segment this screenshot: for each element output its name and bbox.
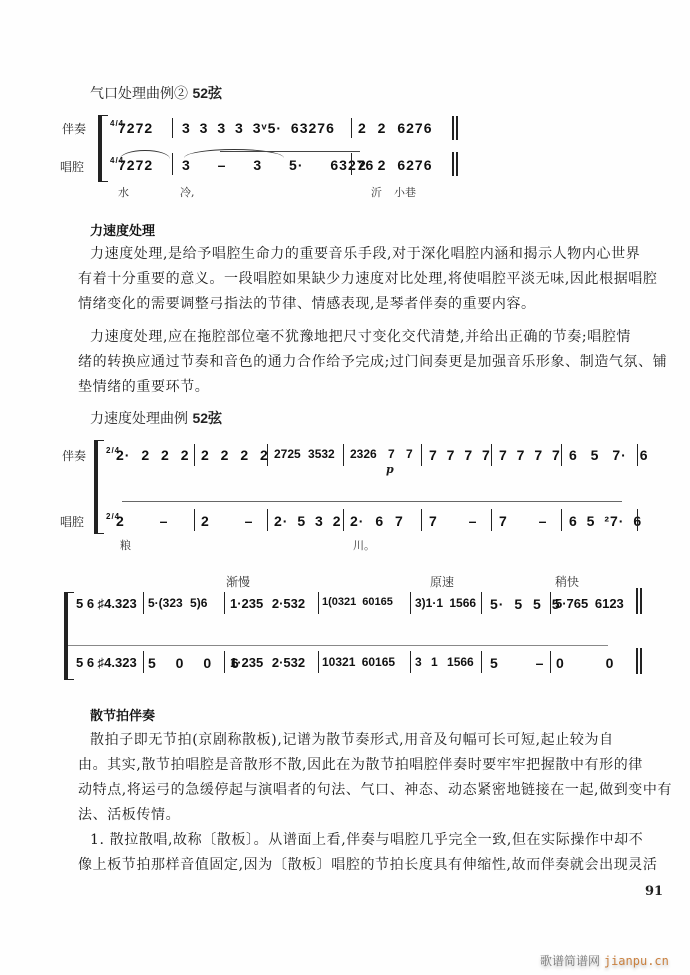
example1-tuning: 52弦 xyxy=(192,85,222,101)
barline xyxy=(351,153,352,175)
watermark-site-name: 歌谱简谱网 xyxy=(540,954,600,968)
tie xyxy=(220,151,360,152)
end-barline xyxy=(452,152,454,176)
ex2-voc-m7: 6 5 ²7· 6 xyxy=(569,513,642,529)
ex1-voc-timesig: 4/4 xyxy=(110,157,118,165)
lyric: 水 xyxy=(118,184,129,200)
barline xyxy=(561,509,562,531)
tie xyxy=(68,645,608,646)
ex2-acc-m3: 2725 3532 xyxy=(274,447,335,461)
ex2-voc-m6: 7 – xyxy=(499,513,547,529)
label-accompaniment-1: 伴奏 xyxy=(62,120,86,137)
ex1-voc-m3: 2 2 6276 xyxy=(358,157,433,173)
paragraph-line: 像上板节拍那样音值固定,因为〔散板〕唱腔的节拍长度具有伸缩性,故而伴奏就会出现灵… xyxy=(78,854,658,874)
barline xyxy=(318,651,319,673)
ex2-s2-acc-m5: 3)1·1 1566 xyxy=(415,596,476,610)
barline xyxy=(550,651,551,673)
paragraph-line: 垫情绪的重要环节。 xyxy=(78,376,209,396)
ex2-voc-m5: 7 – xyxy=(429,513,477,529)
ex2-s2-acc-m4: 1(0321 60165 xyxy=(322,596,393,608)
ex2-acc-timesig: 2/4 xyxy=(106,447,114,455)
barline xyxy=(143,651,144,673)
lyric: 川。 xyxy=(353,537,375,553)
paragraph-line: 情绪变化的需要调整弓指法的节律、情感表现,是琴者伴奏的重要内容。 xyxy=(78,293,536,313)
ex1-voc-m2: 3 – 3 5· 63276 xyxy=(182,157,374,173)
barline xyxy=(491,444,492,466)
barline xyxy=(343,509,344,531)
barline xyxy=(491,509,492,531)
ex2-voc-m4: 2· 6 7 xyxy=(350,513,404,529)
barline xyxy=(267,444,268,466)
tempo-mark-ritardando: 渐慢 xyxy=(226,573,250,590)
example2-title-text: 力速度处理曲例 xyxy=(90,411,188,427)
tie xyxy=(122,501,622,502)
paragraph-line: 散拍子即无节拍(京剧称散板),记谱为散节奏形式,用音及句幅可长可短,起止较为自 xyxy=(90,729,614,749)
barline xyxy=(550,592,551,614)
example1-title: 气口处理曲例② 52弦 xyxy=(90,83,222,103)
system-bracket xyxy=(94,440,104,534)
system-bracket xyxy=(64,592,74,680)
ex2-s2-voc-m5: 3 1 1566 xyxy=(415,655,474,669)
ex2-s2-voc-m3: 1·235 2·532 xyxy=(230,655,305,670)
barline xyxy=(224,651,225,673)
lyric: 冷, xyxy=(180,184,195,200)
end-barline xyxy=(452,116,454,140)
lyric: 小巷 xyxy=(394,184,416,200)
ex2-acc-m5: 7 7 7 7 xyxy=(429,447,491,463)
ex2-s2-voc-m7: 0 0 xyxy=(556,655,614,671)
ex1-acc-m2: 3 3 3 3 3ᵛ5· 63276 xyxy=(182,120,335,136)
ex2-s2-acc-m1: 5 6 ♯4.323 xyxy=(76,596,137,611)
ex2-s2-acc-m7: 5·765 6123 xyxy=(555,596,624,611)
system-bracket xyxy=(98,115,108,182)
paragraph-line: 绪的转换应通过节奏和音色的通力合作给予完成;过门间奏更是加强音乐形象、制造气氛、… xyxy=(78,351,667,371)
barline xyxy=(318,592,319,614)
paragraph-line: 力速度处理,应在拖腔部位毫不犹豫地把尺寸变化交代清楚,并给出正确的节奏;唱腔情 xyxy=(90,326,631,346)
barline xyxy=(561,444,562,466)
end-barline xyxy=(636,588,638,614)
barline xyxy=(194,509,195,531)
barline xyxy=(194,444,195,466)
ex2-acc-m1: 2· 2 2 2 xyxy=(116,447,189,463)
barline xyxy=(421,509,422,531)
barline xyxy=(481,592,482,614)
barline xyxy=(351,118,352,138)
paragraph-line: 法、活板传情。 xyxy=(78,804,180,824)
section-heading-free-rhythm: 散节拍伴奏 xyxy=(90,705,155,724)
tempo-mark-piu-mosso: 稍快 xyxy=(555,573,579,590)
barline xyxy=(410,592,411,614)
label-vocal-2: 唱腔 xyxy=(60,513,84,530)
ex2-voc-m1: 2 – xyxy=(116,513,168,529)
ex1-acc-timesig: 4/4 xyxy=(110,120,118,128)
barline xyxy=(343,444,344,466)
ex1-acc-m1: 7272 xyxy=(118,120,153,136)
barline xyxy=(143,592,144,614)
barline xyxy=(481,651,482,673)
ex1-acc-m3: 2 2 6276 xyxy=(358,120,433,136)
label-accompaniment-2: 伴奏 xyxy=(62,447,86,464)
barline xyxy=(637,509,638,531)
barline xyxy=(172,118,173,138)
ex2-acc-m4: 2326 7 7 xyxy=(350,447,413,461)
barline xyxy=(172,153,173,175)
ex1-voc-m1: 7272 xyxy=(118,157,153,173)
ex2-s2-voc-m1: 5 6 ♯4.323 xyxy=(76,655,137,670)
lyric: 沂 xyxy=(371,184,382,200)
ex2-s2-voc-m4: 10321 60165 xyxy=(322,655,395,669)
lyric: 粮 xyxy=(120,537,131,553)
watermark-url: jianpu.cn xyxy=(604,954,669,968)
watermark: 歌谱简谱网 jianpu.cn xyxy=(540,952,669,969)
paragraph-line: 由。其实,散节拍唱腔是音散形不散,因此在为散节拍唱腔伴奏时要牢牢把握散中有形的律 xyxy=(78,754,643,774)
ex2-s2-voc-m6: 5 – xyxy=(490,655,544,671)
paragraph-line: 有着十分重要的意义。一段唱腔如果缺少力速度对比处理,将使唱腔平淡无味,因此根据唱… xyxy=(78,268,658,288)
ex2-acc-m2: 2 2 2 2 xyxy=(201,447,269,463)
paragraph-line: 动特点,将运弓的急缓停起与演唱者的句法、气口、神态、动态紧密地链接在一起,做到变… xyxy=(78,779,672,799)
ex2-voc-timesig: 2/4 xyxy=(106,513,114,521)
example1-title-text: 气口处理曲例② xyxy=(90,86,188,102)
barline xyxy=(637,444,638,466)
dynamic-marking: p xyxy=(386,463,394,476)
end-barline xyxy=(636,648,638,674)
example2-title: 力速度处理曲例 52弦 xyxy=(90,408,222,428)
page-number: 91 xyxy=(645,884,663,899)
ex2-voc-m3: 2· 5 3 2 xyxy=(274,513,341,529)
ex2-voc-m2: 2 – xyxy=(201,513,253,529)
barline xyxy=(421,444,422,466)
tempo-mark-a-tempo: 原速 xyxy=(430,573,454,590)
ex2-s2-voc-m2: 5 0 0 6 xyxy=(148,655,240,671)
label-vocal-1: 唱腔 xyxy=(60,158,84,175)
paragraph-line: 力速度处理,是给予唱腔生命力的重要音乐手段,对于深化唱腔内涵和揭示人物内心世界 xyxy=(90,243,640,263)
barline xyxy=(224,592,225,614)
barline xyxy=(267,509,268,531)
example2-tuning: 52弦 xyxy=(192,410,222,426)
paragraph-line: 1. 散拉散唱,故称〔散板〕。从谱面上看,伴奏与唱腔几乎完全一致,但在实际操作中… xyxy=(90,829,643,849)
section-heading-dynamics: 力速度处理 xyxy=(90,220,155,239)
ex2-s2-acc-m2: 5·(323 5)6 xyxy=(148,596,207,610)
ex2-acc-m6: 7 7 7 7 xyxy=(499,447,561,463)
barline xyxy=(410,651,411,673)
ex2-s2-acc-m3: 1·235 2·532 xyxy=(230,596,305,611)
